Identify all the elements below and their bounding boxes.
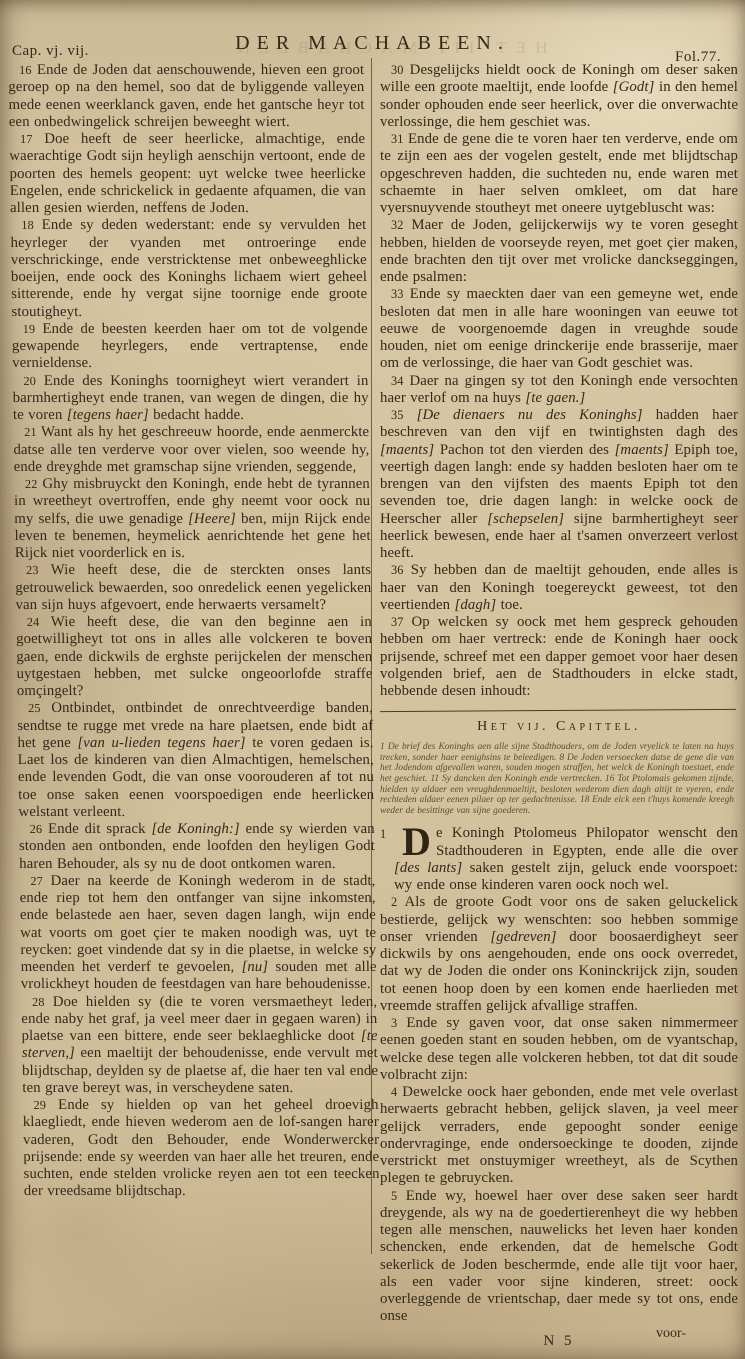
verse-text: Maer de Joden, gelijckerwijs wy te voren… <box>380 217 738 285</box>
verse-text: Ende de gene die te voren haer ten verde… <box>380 131 738 216</box>
verse-paragraph: 16 Ende de Joden dat aenschouwende, hiev… <box>8 62 365 131</box>
left-column: 16 Ende de Joden dat aenschouwende, hiev… <box>8 62 380 1201</box>
verse-text: Daer na keerde de Koningh wederom in de … <box>20 873 377 993</box>
verse-paragraph: 3 Ende sy gaven voor, dat onse saken nim… <box>380 1015 738 1084</box>
verse-text: [De dienaers nu des Koninghs] hadden hae… <box>380 407 738 561</box>
verse-paragraph: 28 Doe hielden sy (die te voren versmaet… <box>21 994 378 1098</box>
verse-text: Doe heeft de seer heerlicke, almachtige,… <box>9 131 366 216</box>
chapter-summary: 1 De brief des Koninghs aen alle sijne S… <box>380 742 734 816</box>
verse-paragraph: 35 [De dienaers nu des Koninghs] hadden … <box>380 407 738 562</box>
signature-mark: N 5 <box>380 1333 738 1350</box>
verse-number: 19 <box>23 322 36 336</box>
verse-list-chapter7: 2 Als de groote Godt voor ons de saken g… <box>380 894 738 1325</box>
verse-paragraph: 4 Dewelcke oock haer gebonden, ende met … <box>380 1084 738 1188</box>
verse-paragraph: 31 Ende de gene die te voren haer ten ve… <box>380 131 738 217</box>
verse-paragraph: 24 Wie heeft dese, die van den beginne a… <box>16 614 373 700</box>
footer-row: voor- N 5 <box>380 1329 738 1351</box>
verse-number: 16 <box>19 63 32 77</box>
verse-text: Ende wy, hoewel haer over dese saken see… <box>380 1188 738 1325</box>
verse-number: 36 <box>391 563 404 577</box>
verse-text: Op welcken sy oock met hem gespreck geho… <box>380 614 738 699</box>
verse-paragraph: 29 Ende sy hielden op van het geheel dro… <box>22 1097 379 1201</box>
verse-paragraph: 26 Ende dit sprack [de Koningh:] ende sy… <box>19 821 376 873</box>
verse-paragraph: 36 Sy hebben dan de maeltijt gehouden, e… <box>380 562 738 614</box>
verse-paragraph: 25 Ontbindet, ontbindet de onrechtveerdi… <box>17 700 375 821</box>
chapter-heading: Het vij. Capittel. <box>380 719 738 735</box>
verse-number: 29 <box>33 1098 46 1112</box>
verse-number: 34 <box>391 374 404 388</box>
verse-paragraph: 18 Ende sy deden wederstant: ende sy ver… <box>10 217 367 321</box>
verse-text: Ende des Koninghs toornigheyt wiert vera… <box>13 373 369 424</box>
verse-number: 3 <box>391 1016 397 1030</box>
verse-text: Ende sy hielden op van het geheel droevi… <box>23 1097 380 1199</box>
verse-text: Als de groote Godt voor ons de saken gel… <box>380 894 738 1014</box>
book-page: HET III MACHABEEN Cap. vj. vij. DER MACH… <box>0 0 745 1359</box>
verse-list-right: 30 Desgelijcks hieldt oock de Koningh om… <box>380 62 738 700</box>
verse-number: 24 <box>27 615 40 629</box>
verse-text: e Koningh Ptolomeus Philopator wenscht d… <box>394 825 738 893</box>
verse-text: Desgelijcks hieldt oock de Koningh om de… <box>380 62 738 130</box>
verse-text: Doe hielden sy (die te voren versmaethey… <box>21 994 378 1096</box>
verse-number: 4 <box>391 1085 397 1099</box>
verse-text: Daer na gingen sy tot den Koningh ende v… <box>380 373 738 406</box>
verse-number: 5 <box>391 1189 397 1203</box>
page-header: HET III MACHABEEN Cap. vj. vij. DER MACH… <box>10 26 735 66</box>
verse-number: 18 <box>21 218 34 232</box>
verse-text: Ende de Joden dat aenschouwende, hieven … <box>8 62 364 130</box>
verse-paragraph: 23 Wie heeft dese, die de sterckten onse… <box>15 562 372 614</box>
verse-text: Ontbindet, ontbindet de onrechtveerdige … <box>17 700 374 820</box>
verse-number: 22 <box>25 477 38 491</box>
verse-number: 17 <box>20 132 33 146</box>
verse-number: 25 <box>28 701 41 715</box>
verse-text: Ende sy deden wederstant: ende sy vervul… <box>10 217 367 319</box>
running-title: DER MACHABEEN. <box>10 32 735 55</box>
verse-number: 26 <box>30 822 43 836</box>
verse-text: Wie heeft dese, die van den beginne aen … <box>16 614 373 699</box>
verse-paragraph: 5 Ende wy, hoewel haer over dese saken s… <box>380 1188 738 1326</box>
verse-paragraph: 32 Maer de Joden, gelijckerwijs wy te vo… <box>380 217 738 286</box>
verse-number: 37 <box>391 615 404 629</box>
verse-paragraph: 19 Ende de beesten keerden haer om tot d… <box>12 321 369 373</box>
verse-text: Ende sy gaven voor, dat onse saken nimme… <box>380 1015 738 1083</box>
verse-number: 20 <box>23 374 36 388</box>
right-column: 30 Desgelijcks hieldt oock de Koningh om… <box>380 62 738 1351</box>
verse-number: 35 <box>391 408 404 422</box>
verse-text: Ende de beesten keerden haer om tot de v… <box>12 321 368 372</box>
verse-number: 21 <box>24 425 37 439</box>
section-rule <box>380 709 736 712</box>
verse-number: 32 <box>391 218 404 232</box>
verse-number: 1 <box>380 826 386 843</box>
verse-paragraph: 33 Ende sy maeckten daer van een gemeyne… <box>380 286 738 372</box>
verse-number: 27 <box>30 874 43 888</box>
verse-text: Wie heeft dese, die de sterckten onses l… <box>15 562 371 613</box>
verse-text: Want als hy het geschreeuw hoorde, ende … <box>13 424 369 475</box>
verse-paragraph: 1 De Koningh Ptolomeus Philopator wensch… <box>380 825 738 894</box>
verse-number: 23 <box>26 563 39 577</box>
verse-number: 31 <box>391 132 404 146</box>
verse-paragraph: 27 Daer na keerde de Koningh wederom in … <box>19 873 377 994</box>
verse-paragraph: 37 Op welcken sy oock met hem gespreck g… <box>380 614 738 700</box>
verse-paragraph: 21 Want als hy het geschreeuw hoorde, en… <box>13 424 370 476</box>
verse-paragraph: 2 Als de groote Godt voor ons de saken g… <box>380 894 738 1015</box>
verse-number: 2 <box>391 895 397 909</box>
verse-paragraph: 30 Desgelijcks hieldt oock de Koningh om… <box>380 62 738 131</box>
verse-text: Ghy misbruyckt den Koningh, ende hebt de… <box>14 476 371 561</box>
verse-number: 28 <box>32 995 45 1009</box>
verse-paragraph: 20 Ende des Koninghs toornigheyt wiert v… <box>12 373 369 425</box>
verse-number: 30 <box>391 63 404 77</box>
verse-paragraph: 17 Doe heeft de seer heerlicke, almachti… <box>9 131 366 217</box>
verse-list-left: 16 Ende de Joden dat aenschouwende, hiev… <box>8 62 380 1201</box>
drop-cap: D <box>394 825 436 857</box>
verse-text: Sy hebben dan de maeltijt gehouden, ende… <box>380 562 738 613</box>
verse-text: Dewelcke oock haer gebonden, ende met ve… <box>380 1084 738 1186</box>
verse-paragraph: 22 Ghy misbruyckt den Koningh, ende hebt… <box>14 476 371 562</box>
verse-paragraph: 34 Daer na gingen sy tot den Koningh end… <box>380 373 738 408</box>
verse-text: Ende sy maeckten daer van een gemeyne we… <box>380 286 738 371</box>
verse-text: Ende dit sprack [de Koningh:] ende sy wi… <box>19 821 375 872</box>
verse-number: 33 <box>391 287 404 301</box>
